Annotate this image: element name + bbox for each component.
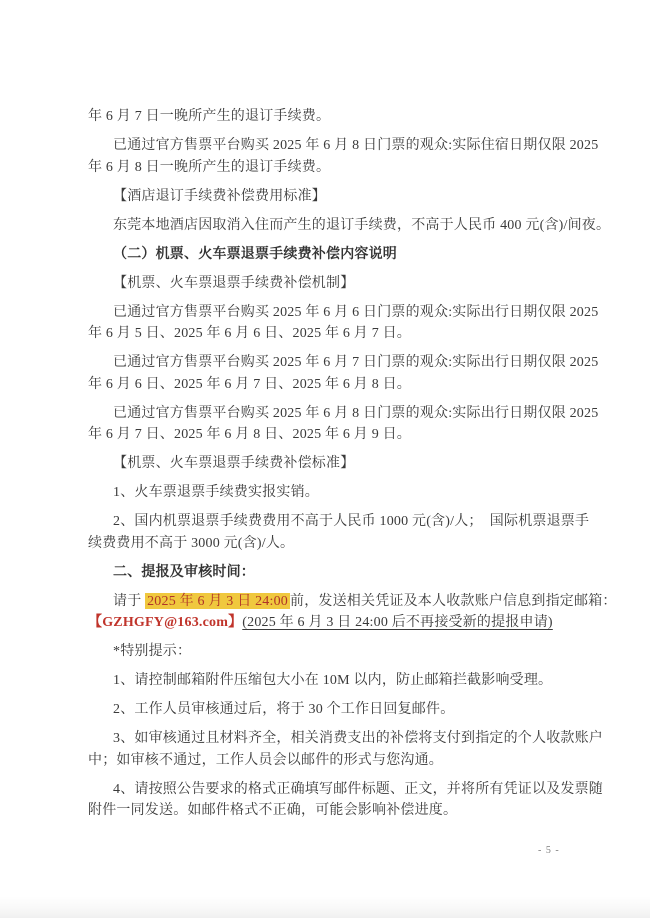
bracket-heading-hotel-refund-standard: 【酒店退订手续费补偿费用标准】 xyxy=(88,186,612,208)
deadline-note-underlined: (2025 年 6 月 3 日 24:00 后不再接受新的提报申请) xyxy=(242,615,553,630)
deadline-suffix: 前，发送相关凭证及本人收款账户信息到指定邮箱： xyxy=(290,594,617,609)
notice-item-3: 3、如审核通过且材料齐全，相关消费支出的补偿将支付到指定的个人收款账户 xyxy=(88,728,612,750)
text-line: 续费费用不高于 3000 元(含)/人。 xyxy=(88,533,612,555)
deadline-highlight: 2025 年 6 月 3 日 24:00 xyxy=(145,593,290,609)
text-line: 附件一同发送。如邮件格式不正确，可能会影响补偿进度。 xyxy=(88,800,612,822)
text-line: 中；如审核不通过，工作人员会以邮件的形式与您沟通。 xyxy=(88,750,612,772)
scan-artifact-band xyxy=(0,896,650,918)
document-body: 年 6 月 7 日一晚所产生的退订手续费。 已通过官方售票平台购买 2025 年… xyxy=(88,106,612,822)
section-heading-submission-time: 二、提报及审核时间： xyxy=(88,562,612,584)
notice-item-1: 1、请控制邮箱附件压缩包大小在 10M 以内，防止邮箱拦截影响受理。 xyxy=(88,670,612,692)
text-line: 年 6 月 8 日一晚所产生的退订手续费。 xyxy=(88,157,612,179)
text-line: 已通过官方售票平台购买 2025 年 6 月 8 日门票的观众:实际出行日期仅限… xyxy=(88,403,612,425)
deadline-line: 请于 2025 年 6 月 3 日 24:00前，发送相关凭证及本人收款账户信息… xyxy=(88,591,612,613)
notice-item-2: 2、工作人员审核通过后，将于 30 个工作日回复邮件。 xyxy=(88,699,612,721)
text-line: 已通过官方售票平台购买 2025 年 6 月 8 日门票的观众:实际住宿日期仅限… xyxy=(88,135,612,157)
text-line: 已通过官方售票平台购买 2025 年 6 月 6 日门票的观众:实际出行日期仅限… xyxy=(88,302,612,324)
list-item-2: 2、国内机票退票手续费费用不高于人民币 1000 元(含)/人； 国际机票退票手 xyxy=(88,511,612,533)
text-line: 年 6 月 7 日、2025 年 6 月 8 日、2025 年 6 月 9 日。 xyxy=(88,424,612,446)
deadline-prefix: 请于 xyxy=(113,594,145,609)
list-item-1: 1、火车票退票手续费实报实销。 xyxy=(88,482,612,504)
special-notice-heading: *特别提示： xyxy=(88,641,612,663)
text-line: 年 6 月 6 日、2025 年 6 月 7 日、2025 年 6 月 8 日。 xyxy=(88,374,612,396)
text-line: 年 6 月 7 日一晚所产生的退订手续费。 xyxy=(88,106,612,128)
page-number: - 5 - xyxy=(538,845,560,856)
notice-item-4: 4、请按照公告要求的格式正确填写邮件标题、正文，并将所有凭证以及发票随 xyxy=(88,779,612,801)
email-address: 【GZHGFY@163.com】 xyxy=(88,615,242,630)
section-heading-ticket-refund: （二）机票、火车票退票手续费补偿内容说明 xyxy=(88,244,612,266)
text-line: 已通过官方售票平台购买 2025 年 6 月 7 日门票的观众:实际出行日期仅限… xyxy=(88,352,612,374)
bracket-heading-ticket-refund-mechanism: 【机票、火车票退票手续费补偿机制】 xyxy=(88,273,612,295)
scanned-document-page: 年 6 月 7 日一晚所产生的退订手续费。 已通过官方售票平台购买 2025 年… xyxy=(0,0,650,918)
email-line: 【GZHGFY@163.com】(2025 年 6 月 3 日 24:00 后不… xyxy=(88,612,612,634)
text-line: 东莞本地酒店因取消入住而产生的退订手续费，不高于人民币 400 元(含)/间夜。 xyxy=(88,215,612,237)
text-line: 年 6 月 5 日、2025 年 6 月 6 日、2025 年 6 月 7 日。 xyxy=(88,323,612,345)
bracket-heading-ticket-refund-standard: 【机票、火车票退票手续费补偿标准】 xyxy=(88,453,612,475)
